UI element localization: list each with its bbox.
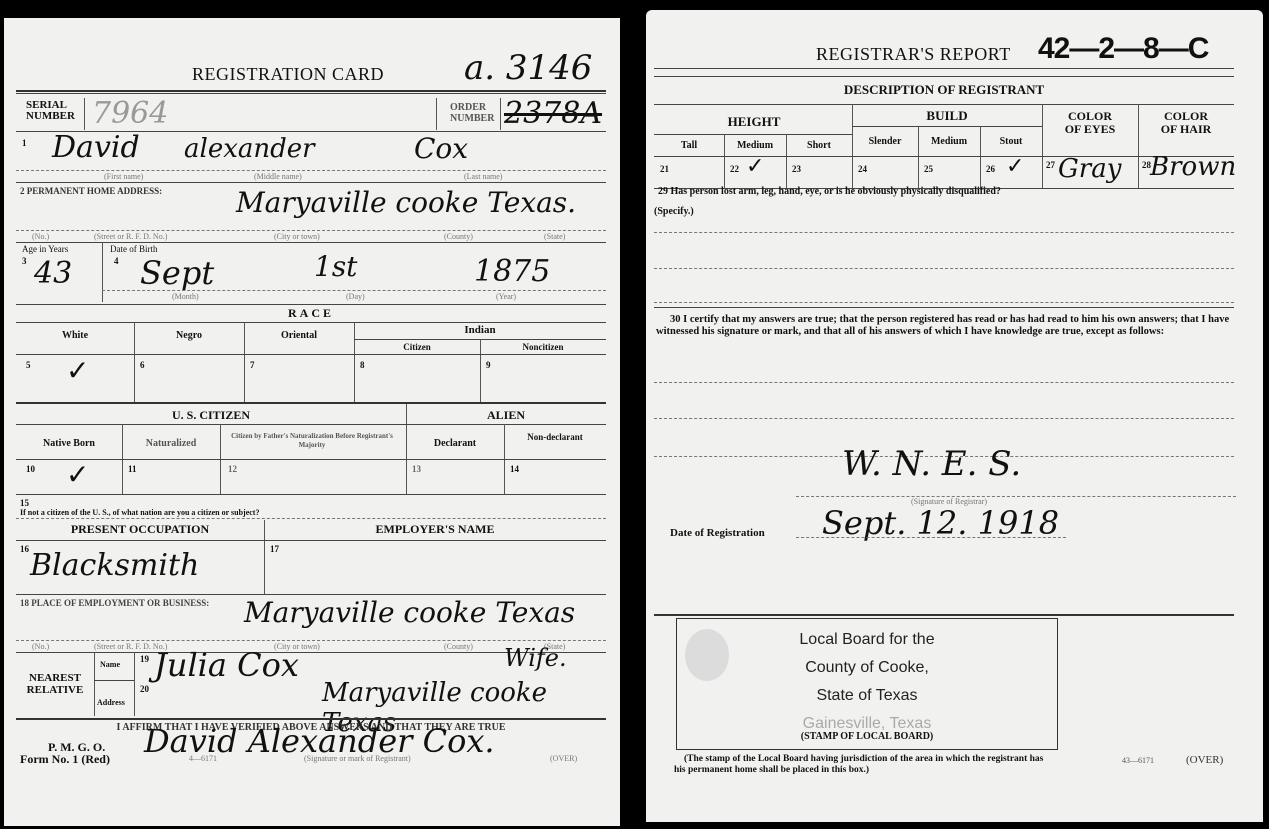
address-sublabel: (City or town): [274, 232, 320, 241]
last-name-label: (Last name): [464, 172, 502, 181]
address-sublabel: (Street or R. F. D. No.): [94, 232, 167, 241]
naturalized-label: Naturalized: [122, 438, 220, 449]
field-number: 15: [20, 498, 29, 508]
field-number: 25: [924, 164, 933, 174]
build-stout-checkmark: ✓: [1006, 154, 1024, 179]
home-address-label: 2 PERMANENT HOME ADDRESS:: [20, 186, 162, 196]
employment-sublabel: (County): [444, 642, 473, 651]
local-board-stamp-box: Local Board for the County of Cooke, Sta…: [676, 618, 1058, 750]
race-indian-noncitizen-label: Noncitizen: [480, 342, 606, 352]
field-number: 4: [114, 256, 119, 266]
field-number: 13: [412, 464, 421, 474]
hair-color-heading: COLOR OF HAIR: [1138, 110, 1234, 136]
field-number: 10: [26, 464, 35, 474]
stamp-line-3: State of Texas: [737, 687, 997, 705]
height-tall-label: Tall: [654, 140, 724, 151]
card-number: a. 3146: [464, 48, 592, 88]
order-number: 2378A: [504, 96, 602, 131]
date-label: Date of Registration: [670, 527, 765, 539]
alien-heading: ALIEN: [406, 408, 606, 423]
race-white-checkmark: ✓: [66, 354, 89, 387]
registrar-signature: W. N. E. S.: [842, 444, 1021, 484]
middle-name-label: (Middle name): [254, 172, 302, 181]
field-number: 12: [228, 464, 237, 474]
dob-month-label: (Month): [172, 292, 199, 301]
dob-day: 1st: [314, 250, 357, 283]
print-code: 43—6171: [1122, 756, 1154, 765]
build-slender-label: Slender: [852, 136, 918, 147]
field-number: 5: [26, 360, 31, 370]
print-code: 4—6171: [189, 754, 217, 763]
relative-name-value: Julia Cox: [154, 646, 299, 684]
q29-text: 29 Has person lost arm, leg, hand, eye, …: [658, 186, 1001, 197]
field-number: 20: [140, 684, 149, 694]
race-white-label: White: [16, 330, 134, 341]
field-number: 27: [1046, 160, 1055, 170]
last-name: Cox: [414, 132, 468, 165]
first-name: David: [52, 130, 140, 165]
height-short-label: Short: [786, 140, 852, 151]
order-label: ORDER NUMBER: [450, 102, 494, 124]
address-sublabel: (County): [444, 232, 473, 241]
field-number: 8: [360, 360, 365, 370]
serial-number: 7964: [92, 96, 168, 131]
occupation-heading: PRESENT OCCUPATION: [16, 522, 264, 537]
field-number: 24: [858, 164, 867, 174]
field-number: 21: [660, 164, 669, 174]
form-id-line2: Form No. 1 (Red): [20, 752, 110, 767]
card-title: REGISTRATION CARD: [192, 64, 384, 85]
race-indian-heading: Indian: [354, 324, 606, 336]
relative-name-label: Name: [100, 660, 120, 669]
address-sublabel: (No.): [32, 232, 49, 241]
height-medium-label: Medium: [724, 140, 786, 151]
field-number: 7: [250, 360, 255, 370]
stamp-note: (The stamp of the Local Board having jur…: [674, 754, 1054, 776]
stamp-line-2: County of Cooke,: [737, 659, 997, 677]
age-label: Age in Years: [22, 244, 68, 254]
over-label: (OVER): [1186, 754, 1223, 766]
eye-color-value: Gray: [1058, 154, 1121, 184]
report-code: 42—2—8—C: [1038, 32, 1208, 66]
race-oriental-label: Oriental: [244, 330, 354, 341]
nationality-question: If not a citizen of the U. S., of what n…: [20, 508, 259, 517]
eye-color-heading: COLOR OF EYES: [1042, 110, 1138, 136]
non-declarant-label: Non-declarant: [504, 432, 606, 442]
field-number: 3: [22, 256, 27, 266]
employment-label: 18 PLACE OF EMPLOYMENT OR BUSINESS:: [20, 598, 209, 608]
declarant-label: Declarant: [406, 438, 504, 449]
serial-label: SERIAL NUMBER: [26, 100, 75, 122]
stamp-caption: (STAMP OF LOCAL BOARD): [737, 731, 997, 742]
race-indian-citizen-label: Citizen: [354, 342, 480, 352]
field-number: 19: [140, 654, 149, 664]
middle-name: alexander: [184, 134, 315, 164]
field-number: 17: [270, 544, 279, 554]
relative-relation: Wife.: [504, 644, 567, 672]
build-heading: BUILD: [852, 108, 1042, 124]
hair-color-value: Brown: [1150, 152, 1236, 182]
field-number: 14: [510, 464, 519, 474]
build-stout-label: Stout: [980, 136, 1042, 147]
field-number: 9: [486, 360, 491, 370]
over-label: (OVER): [550, 754, 577, 763]
field-number: 26: [986, 164, 995, 174]
age-value: 43: [34, 256, 72, 291]
home-address-value: Maryaville cooke Texas.: [236, 186, 576, 219]
build-medium-label: Medium: [918, 136, 980, 147]
stamp-line-1: Local Board for the: [737, 631, 997, 649]
stamp-seal-icon: [685, 629, 729, 681]
height-heading: HEIGHT: [654, 114, 854, 130]
dob-month: Sept: [140, 254, 214, 292]
native-born-checkmark: ✓: [66, 458, 89, 491]
field-number: 1: [22, 138, 27, 148]
occupation-value: Blacksmith: [30, 548, 199, 583]
registrar-report-card: REGISTRAR'S REPORT 42—2—8—C DESCRIPTION …: [646, 10, 1263, 822]
q29-specify: (Specify.): [654, 206, 694, 217]
dob-year: 1875: [474, 254, 550, 289]
field-number: 23: [792, 164, 801, 174]
field-number: 6: [140, 360, 145, 370]
employment-value: Maryaville cooke Texas: [244, 596, 575, 629]
q30-text: 30 I certify that my answers are true; t…: [656, 314, 1234, 338]
employer-heading: EMPLOYER'S NAME: [264, 522, 606, 537]
report-title: REGISTRAR'S REPORT: [816, 44, 1011, 65]
employment-sublabel: (No.): [32, 642, 49, 651]
field-number: 11: [128, 464, 137, 474]
dob-label: Date of Birth: [110, 244, 158, 254]
description-heading: DESCRIPTION OF REGISTRANT: [654, 82, 1234, 98]
address-sublabel: (State): [544, 232, 565, 241]
signature-label: (Signature or mark of Registrant): [304, 754, 411, 763]
citizen-by-father-label: Citizen by Father's Naturalization Befor…: [224, 432, 400, 450]
native-born-label: Native Born: [16, 438, 122, 449]
nearest-relative-label: NEAREST RELATIVE: [18, 672, 92, 696]
height-medium-checkmark: ✓: [746, 154, 764, 179]
dob-year-label: (Year): [496, 292, 516, 301]
race-negro-label: Negro: [134, 330, 244, 341]
relative-address-label: Address: [97, 698, 125, 707]
first-name-label: (First name): [104, 172, 143, 181]
race-heading: RACE: [16, 306, 606, 321]
field-number: 16: [20, 544, 29, 554]
field-number: 22: [730, 164, 739, 174]
registration-card: REGISTRATION CARD a. 3146 SERIAL NUMBER …: [4, 18, 620, 826]
us-citizen-heading: U. S. CITIZEN: [16, 408, 406, 423]
dob-day-label: (Day): [346, 292, 365, 301]
